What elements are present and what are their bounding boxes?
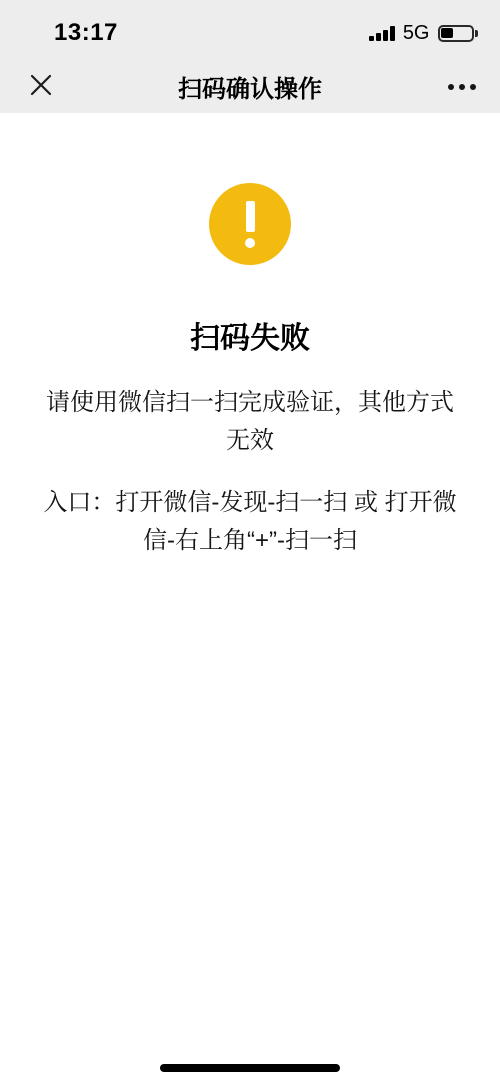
main-content: 扫码失败 请使用微信扫一扫完成验证，其他方式 无效 入口：打开微信-发现-扫一扫… [0,113,500,560]
battery-icon [438,25,479,42]
close-icon [28,72,54,101]
entry-instructions-line: 信-右上角“+”-扫一扫 [43,522,456,560]
network-type-label: 5G [403,22,430,45]
warning-exclamation-icon [209,183,291,265]
error-description-line: 请使用微信扫一扫完成验证，其他方式 [46,384,454,422]
status-icons: 5G [369,22,478,45]
status-time: 13:17 [54,19,118,47]
home-indicator-handle[interactable] [160,1064,340,1072]
status-bar: 13:17 5G [0,0,500,60]
nav-bar: 扫码确认操作 [0,60,500,113]
entry-instructions: 入口：打开微信-发现-扫一扫 或 打开微 信-右上角“+”-扫一扫 [43,484,456,560]
entry-instructions-line: 入口：打开微信-发现-扫一扫 或 打开微 [43,484,456,522]
more-menu-button[interactable] [444,76,480,98]
close-button[interactable] [24,70,58,104]
more-dots-icon [448,84,476,90]
header: 13:17 5G 扫码确认操作 [0,0,500,113]
error-heading: 扫码失败 [190,313,310,357]
page-title: 扫码确认操作 [0,69,500,104]
error-description: 请使用微信扫一扫完成验证，其他方式 无效 [46,384,454,460]
cellular-signal-icon [369,26,395,41]
error-description-line: 无效 [46,422,454,460]
